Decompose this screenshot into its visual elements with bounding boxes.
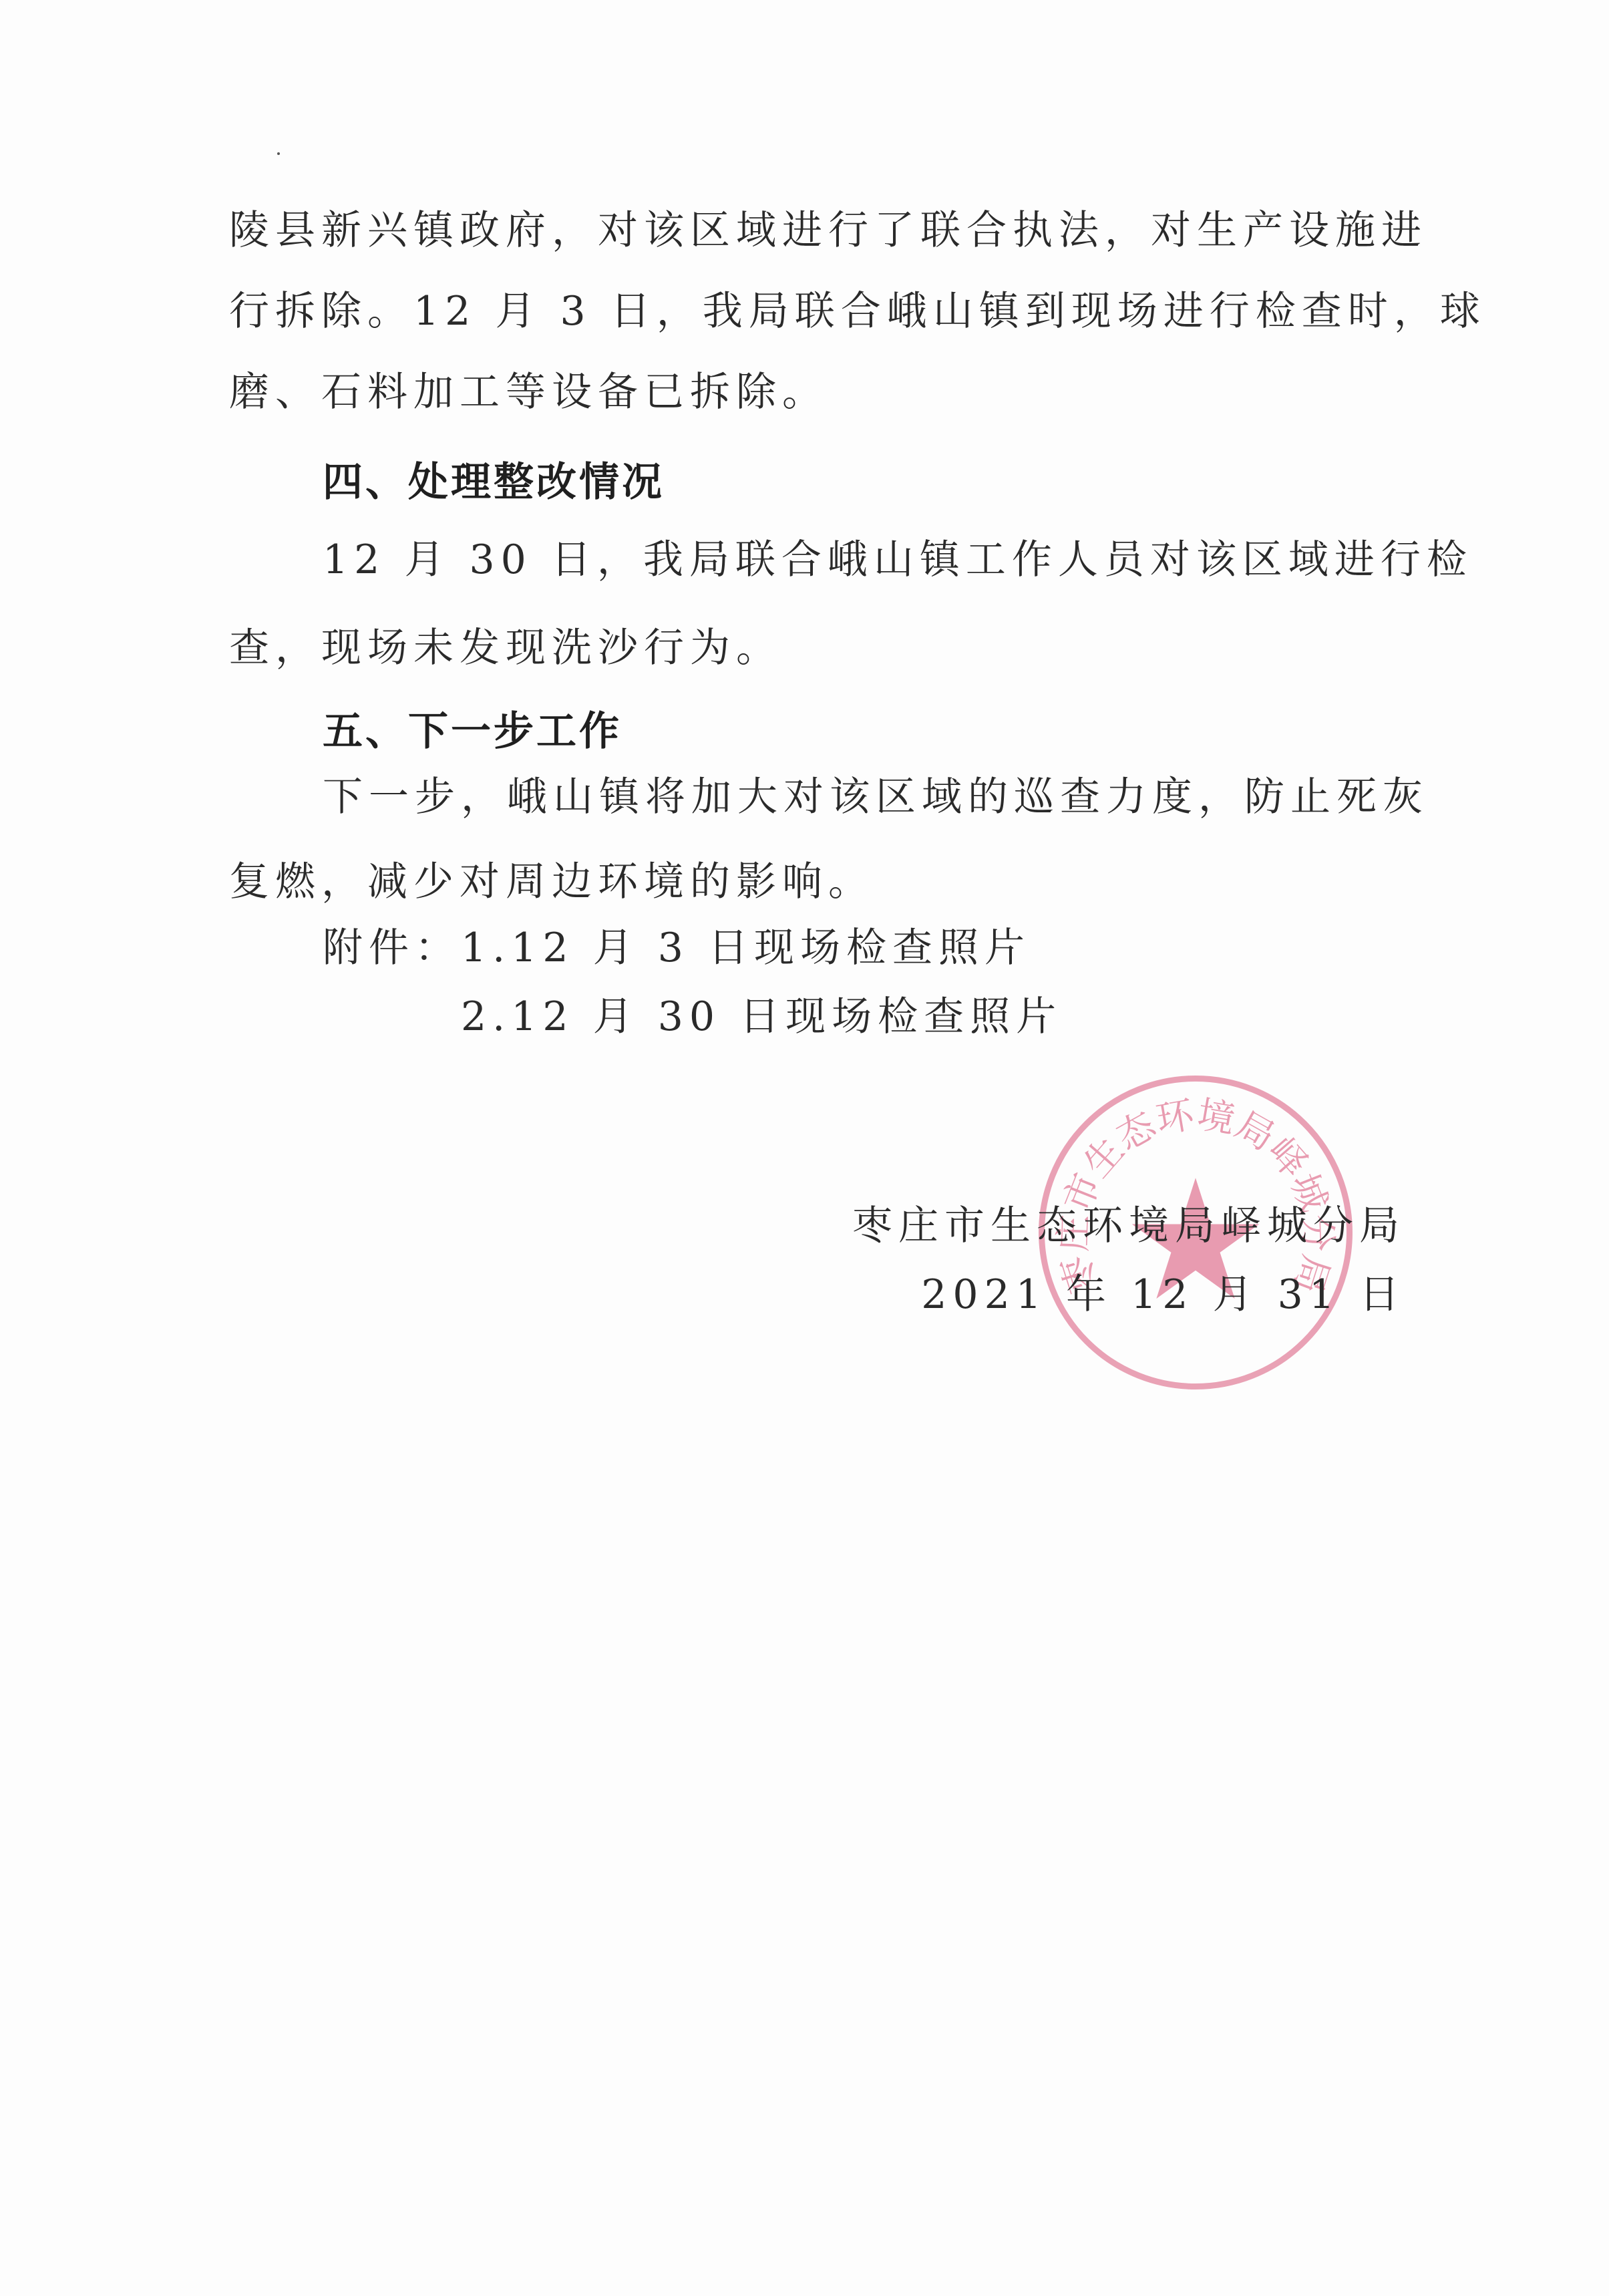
section-heading-5: 五、下一步工作 bbox=[323, 705, 622, 758]
attachment-item-1: 1.12 月 3 日现场检查照片 bbox=[461, 925, 1031, 971]
paragraph-3-line-2: 行拆除。12 月 3 日，我局联合峨山镇到现场进行检查时，球 bbox=[229, 285, 1486, 338]
document-page: 陵县新兴镇政府，对该区域进行了联合执法，对生产设施进 行拆除。12 月 3 日，… bbox=[0, 0, 1609, 2296]
paragraph-5-line-1: 下一步，峨山镇将加大对该区域的巡查力度，防止死灰 bbox=[323, 770, 1429, 824]
paragraph-4-line-1: 12 月 30 日，我局联合峨山镇工作人员对该区域进行检 bbox=[323, 533, 1473, 587]
signature-organization: 枣庄市生态环境局峄城分局 bbox=[852, 1199, 1405, 1253]
paragraph-3-line-1: 陵县新兴镇政府，对该区域进行了联合执法，对生产设施进 bbox=[229, 204, 1427, 257]
attachment-line-2: 2.12 月 30 日现场检查照片 bbox=[461, 990, 1062, 1043]
signature-date: 2021 年 12 月 31 日 bbox=[921, 1268, 1405, 1321]
attachment-line-1: 附件：1.12 月 3 日现场检查照片 bbox=[323, 921, 1031, 975]
attachment-label: 附件： bbox=[323, 925, 461, 971]
section-heading-4: 四、处理整改情况 bbox=[323, 456, 665, 509]
paragraph-4-line-2: 查，现场未发现洗沙行为。 bbox=[229, 621, 782, 675]
paragraph-5-line-2: 复燃，减少对周边环境的影响。 bbox=[229, 855, 874, 909]
paragraph-3-line-3: 磨、石料加工等设备已拆除。 bbox=[229, 365, 828, 419]
scan-speck bbox=[277, 152, 280, 155]
attachment-item-2: 2.12 月 30 日现场检查照片 bbox=[461, 993, 1062, 1040]
